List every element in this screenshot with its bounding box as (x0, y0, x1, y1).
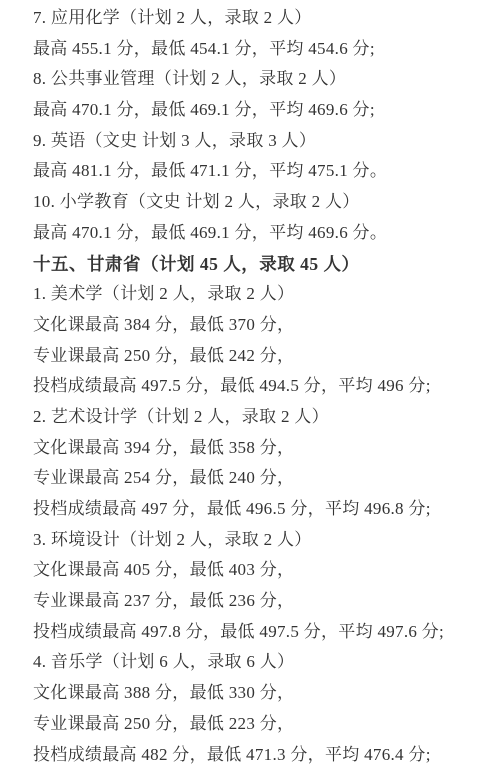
document-line: 最高 455.1 分，最低 454.1 分，平均 454.6 分; (33, 34, 492, 65)
document-line: 1. 美术学（计划 2 人，录取 2 人） (33, 279, 492, 310)
document-line: 专业课最高 250 分，最低 242 分， (33, 341, 492, 372)
document-line: 投档成绩最高 497 分，最低 496.5 分，平均 496.8 分; (33, 494, 492, 525)
document-line: 最高 481.1 分，最低 471.1 分，平均 475.1 分。 (33, 156, 492, 187)
document-line: 4. 音乐学（计划 6 人，录取 6 人） (33, 647, 492, 678)
document-line: 文化课最高 405 分，最低 403 分， (33, 555, 492, 586)
document-line: 3. 环境设计（计划 2 人，录取 2 人） (33, 525, 492, 556)
document-line: 投档成绩最高 482 分，最低 471.3 分，平均 476.4 分; (33, 740, 492, 771)
document-line: 最高 470.1 分，最低 469.1 分，平均 469.6 分; (33, 95, 492, 126)
document-line: 投档成绩最高 497.8 分，最低 497.5 分，平均 497.6 分; (33, 617, 492, 648)
document-line: 7. 应用化学（计划 2 人，录取 2 人） (33, 3, 492, 34)
document-line: 文化课最高 394 分，最低 358 分， (33, 433, 492, 464)
document-page: 7. 应用化学（计划 2 人，录取 2 人）最高 455.1 分，最低 454.… (0, 0, 500, 771)
document-line: 文化课最高 384 分，最低 370 分， (33, 310, 492, 341)
document-body: 7. 应用化学（计划 2 人，录取 2 人）最高 455.1 分，最低 454.… (33, 3, 492, 770)
document-line: 10. 小学教育（文史 计划 2 人，录取 2 人） (33, 187, 492, 218)
document-line: 文化课最高 388 分，最低 330 分， (33, 678, 492, 709)
document-line: 专业课最高 237 分，最低 236 分， (33, 586, 492, 617)
section-heading: 十五、甘肃省（计划 45 人，录取 45 人） (33, 249, 492, 280)
document-line: 8. 公共事业管理（计划 2 人，录取 2 人） (33, 64, 492, 95)
document-line: 9. 英语（文史 计划 3 人，录取 3 人） (33, 126, 492, 157)
document-line: 2. 艺术设计学（计划 2 人，录取 2 人） (33, 402, 492, 433)
document-line: 专业课最高 254 分，最低 240 分， (33, 463, 492, 494)
document-line: 投档成绩最高 497.5 分，最低 494.5 分，平均 496 分; (33, 371, 492, 402)
document-line: 专业课最高 250 分，最低 223 分， (33, 709, 492, 740)
document-line: 最高 470.1 分，最低 469.1 分，平均 469.6 分。 (33, 218, 492, 249)
